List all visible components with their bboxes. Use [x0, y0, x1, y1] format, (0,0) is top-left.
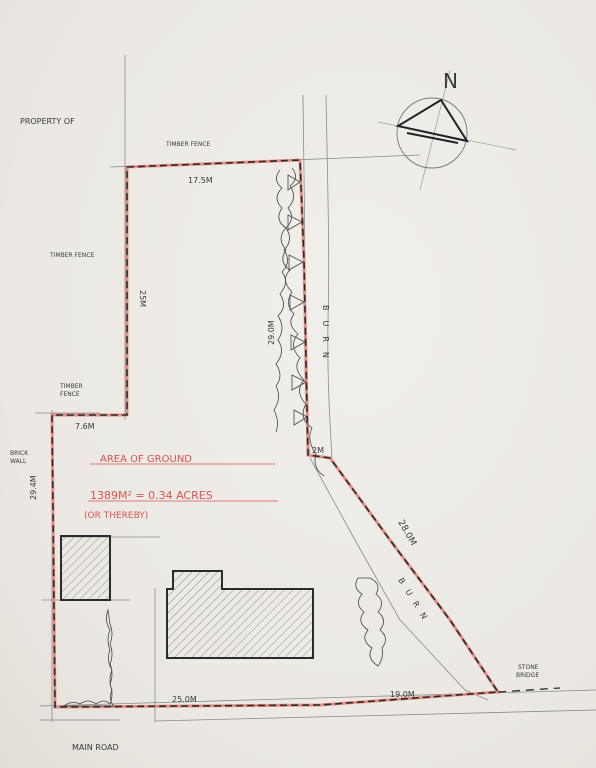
- dimension-bottom-left: 25.0M: [172, 695, 197, 704]
- construction-lines: [35, 55, 596, 722]
- site-plan-sheet: N PROPERTY OF TIMBER FENCE TIMBER FENCE …: [0, 0, 596, 768]
- timber-fence-top-label: TIMBER FENCE: [165, 141, 211, 148]
- tree-clump: [356, 578, 386, 666]
- area-value: 1389M² = 0.34 ACRES: [90, 489, 213, 502]
- dimension-bottom-right: 19.0M: [390, 690, 415, 699]
- north-label: N: [443, 69, 458, 93]
- area-heading: AREA OF GROUND: [100, 454, 192, 465]
- brick-wall-label-2: WALL: [10, 458, 27, 465]
- dimension-top: 17.5M: [188, 176, 213, 185]
- dimension-left-upper: 25M: [138, 290, 147, 307]
- stone-bridge-label-1: STONE: [518, 664, 539, 671]
- hedge: [64, 610, 114, 706]
- dimension-step: 7.6M: [75, 422, 95, 431]
- timber-fence-left-label: TIMBER FENCE: [49, 252, 95, 259]
- property-of-label: PROPERTY OF: [20, 117, 75, 126]
- stone-bridge-label-2: BRIDGE: [516, 672, 539, 679]
- dimension-diagonal: 28.0M: [395, 519, 418, 548]
- dimension-corner: 2M: [312, 446, 324, 455]
- main-building: [167, 571, 313, 658]
- timber-fence-lower-label-1: TIMBER: [59, 383, 83, 390]
- area-note: (OR THEREBY): [84, 511, 148, 521]
- brick-wall-label-1: BRICK: [10, 450, 29, 457]
- main-road-label: MAIN ROAD: [72, 743, 119, 752]
- dimension-burn-side: 29.0M: [267, 320, 276, 345]
- tree-line: [274, 168, 324, 476]
- burn-label-lower: BURN: [396, 576, 433, 627]
- outbuilding: [61, 536, 110, 600]
- dimension-left-lower: 29.4M: [29, 475, 38, 500]
- timber-fence-lower-label-2: FENCE: [60, 391, 80, 398]
- site-plan-drawing: N PROPERTY OF TIMBER FENCE TIMBER FENCE …: [0, 0, 596, 768]
- burn-label-upper: BURN: [321, 305, 330, 368]
